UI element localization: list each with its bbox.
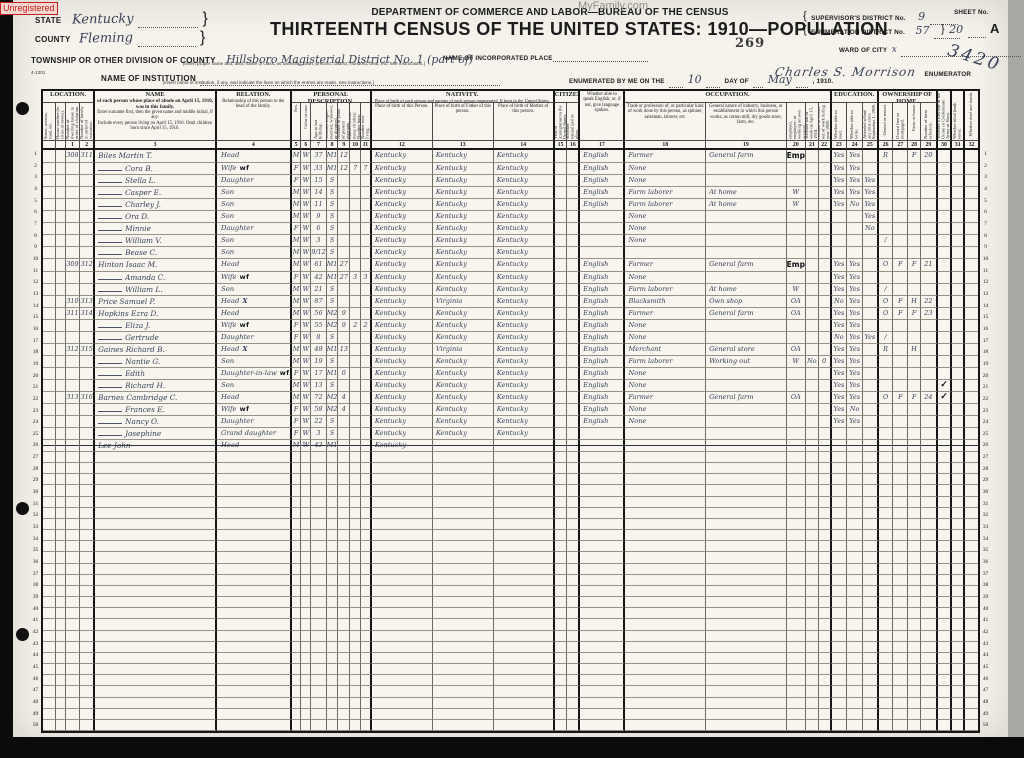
r11-owned [879,272,894,284]
r49-family [80,709,95,720]
r21-birthplace: Kentucky [372,392,433,404]
r8-immigration_year [555,235,568,247]
r9-mother_birthplace: Kentucky [494,247,555,259]
r28-naturalized [567,474,580,485]
r39-children_living [361,597,372,608]
r21-children_born [350,392,361,404]
r5-sex: M [292,199,302,211]
r2-read: Yes [832,163,848,175]
r16-birthplace: Kentucky [372,332,433,344]
r13-civil_war [938,296,953,308]
r28-industry [706,474,787,485]
r10-civil_war [938,259,953,272]
r49-years_married [338,709,350,720]
r17-naturalized [567,344,580,356]
r42-immigration_year [555,631,568,642]
r29-house [56,485,66,496]
r4-house [56,187,66,199]
r47-children_born [350,686,361,697]
r12-immigration_year [555,284,568,296]
r50-father_birthplace [433,720,494,731]
r5-weeks_out [819,199,832,211]
r23-free [893,416,908,428]
r21-weeks_out [819,392,832,404]
r31-name [95,508,217,519]
r36-marital [327,564,339,575]
r44-sex [292,653,302,664]
r27-trade [625,463,706,474]
colnum-relation: 4 [217,141,292,150]
r19-weeks_out [819,368,832,380]
r38-school [863,586,879,597]
r33-school [863,530,879,541]
r21-sex: M [292,392,302,404]
r26-blind [952,452,965,463]
r1-family: 311 [80,150,95,163]
r31-color [301,508,311,519]
header-color: Color or race. [301,103,311,141]
r25-owned [879,440,894,452]
r49-street [43,709,56,720]
colnum-owned: 26 [879,141,894,150]
enumeration-label: ENUMERATION DISTRICT No. [811,29,905,36]
r33-free [893,530,908,541]
r48-family [80,698,95,709]
colnum-mother_birthplace: 14 [494,141,555,150]
r22-birthplace: Kentucky [372,404,433,416]
r38-farm_schedule [921,586,938,597]
r16-civil_war [938,332,953,344]
r46-dwelling [66,675,81,686]
r47-civil_war [938,686,953,697]
r39-out_of_work [806,597,819,608]
r15-free [893,320,908,332]
r39-owned [879,597,894,608]
r34-english [580,541,625,552]
r28-name [95,474,217,485]
header-read: Whether able to read. [832,103,848,141]
r46-children_living [361,675,372,686]
line-no-right-22: 22 [980,395,991,407]
r35-father_birthplace [433,552,494,563]
r28-birthplace [372,474,433,485]
r21-house [56,392,66,404]
r26-house [56,452,66,463]
r35-family [80,552,95,563]
r39-house [56,597,66,608]
r25-civil_war [938,440,953,452]
r32-relation [217,519,292,530]
r28-children_born [350,474,361,485]
r47-age [311,686,326,697]
r19-father_birthplace: Kentucky [433,368,494,380]
r15-family [80,320,95,332]
header-father_birthplace: Place of birth of Father of this person. [433,103,494,141]
r35-blind [952,552,965,563]
r30-name [95,497,217,508]
r12-family [80,284,95,296]
line-no-right-12: 12 [980,278,991,290]
r16-naturalized [567,332,580,344]
r36-deaf [965,564,978,575]
r19-deaf [965,368,978,380]
r17-sex: M [292,344,302,356]
r16-family [80,332,95,344]
r16-age: 8 [311,332,326,344]
r32-industry [706,519,787,530]
r23-marital: S [327,416,339,428]
r38-write [847,586,863,597]
r18-children_living [361,356,372,368]
line-no-left-27: 27 [30,453,41,465]
r45-street [43,664,56,675]
r22-children_living [361,404,372,416]
r17-color: W [301,344,311,356]
r21-father_birthplace: Kentucky [433,392,494,404]
colnum-weeks_out: 22 [819,141,832,150]
r13-mother_birthplace: Kentucky [494,296,555,308]
r13-industry: Own shop [706,296,787,308]
r22-relation: Wifewf [217,404,292,416]
r24-relation: Grand daughter [217,428,292,440]
r6-trade: None [625,211,706,223]
wf-stamp: wf [240,321,250,329]
r13-children_living [361,296,372,308]
r36-free [893,564,908,575]
r8-color: W [301,235,311,247]
r12-years_married [338,284,350,296]
r49-out_of_work [806,709,819,720]
r20-english: English [580,380,625,392]
r38-name [95,586,217,597]
r32-english [580,519,625,530]
r38-street [43,586,56,597]
colnum-trade: 18 [625,141,706,150]
r48-relation [217,698,292,709]
wf-stamp: wf [240,405,250,413]
r33-dwelling [66,530,81,541]
r34-name [95,541,217,552]
r3-free [893,175,908,187]
r22-trade: None [625,404,706,416]
r44-weeks_out [819,653,832,664]
r8-years_married [338,235,350,247]
r13-deaf [965,296,978,308]
r30-street [43,497,56,508]
r32-deaf [965,519,978,530]
r29-birthplace [372,485,433,496]
r19-children_born [350,368,361,380]
colnum-sex: 5 [292,141,302,150]
r1-farm_house: F [908,150,921,163]
r22-family [80,404,95,416]
r37-out_of_work [806,575,819,586]
r43-marital [327,642,339,653]
r6-write [847,211,863,223]
line-no-left-6: 6 [30,208,41,220]
r34-farm_house [908,541,921,552]
r27-relation [217,463,292,474]
line-no-right-29: 29 [980,476,991,488]
r44-read [832,653,848,664]
r31-children_living [361,508,372,519]
r22-street [43,404,56,416]
r39-name [95,597,217,608]
r14-family: 314 [80,308,95,320]
r11-civil_war [938,272,953,284]
r7-read [832,223,848,235]
r27-birthplace [372,463,433,474]
r20-free [893,380,908,392]
r49-relation [217,709,292,720]
r19-free [893,368,908,380]
r27-naturalized [567,463,580,474]
r2-blind [952,163,965,175]
r31-naturalized [567,508,580,519]
r12-naturalized [567,284,580,296]
r1-read: Yes [832,150,848,163]
r9-owned [879,247,894,259]
group-personal: PERSONAL DESCRIPTION. [292,91,372,103]
r48-sex [292,698,302,709]
r10-birthplace: Kentucky [372,259,433,272]
r48-street [43,698,56,709]
r39-immigration_year [555,597,568,608]
r48-industry [706,698,787,709]
r47-school [863,686,879,697]
r34-children_born [350,541,361,552]
header-children_born: Mother of how many children: Number born… [350,103,361,141]
r17-owned: R [879,344,894,356]
r35-english [580,552,625,563]
r49-free [893,709,908,720]
r28-family [80,474,95,485]
r28-employer [787,474,806,485]
r21-mother_birthplace: Kentucky [494,392,555,404]
r20-family [80,380,95,392]
r37-name [95,575,217,586]
r49-mother_birthplace [494,709,555,720]
r13-immigration_year [555,296,568,308]
r15-children_living: 2 [361,320,372,332]
r18-industry: Working out [706,356,787,368]
r9-civil_war [938,247,953,259]
r25-children_born [350,440,361,452]
r41-trade [625,619,706,630]
r40-industry [706,608,787,619]
state-value: Kentucky [72,12,134,28]
header-years_married: Number of years of present marriage. [338,103,350,141]
r19-trade: None [625,368,706,380]
r47-write [847,686,863,697]
r11-sex: F [292,272,302,284]
r43-name [95,642,217,653]
r1-free [893,150,908,163]
scan-edge-left [0,0,13,758]
r48-naturalized [567,698,580,709]
line-no-right-45: 45 [980,663,991,675]
r6-deaf [965,211,978,223]
r16-blind [952,332,965,344]
line-no-left-17: 17 [30,337,41,349]
r7-blind [952,223,965,235]
r29-years_married [338,485,350,496]
r31-dwelling [66,508,81,519]
r25-trade [625,440,706,452]
r42-sex [292,631,302,642]
r2-name: Cora B. [95,163,217,175]
r39-street [43,597,56,608]
r21-name: Barnes Cambridge C. [95,392,217,404]
r42-write [847,631,863,642]
r28-father_birthplace [433,474,494,485]
r28-sex [292,474,302,485]
r28-children_living [361,474,372,485]
r4-owned [879,187,894,199]
r3-employer [787,175,806,187]
r30-years_married [338,497,350,508]
r12-children_living [361,284,372,296]
r45-color [301,664,311,675]
r48-dwelling [66,698,81,709]
r33-read [832,530,848,541]
r49-dwelling [66,709,81,720]
r23-blind [952,416,965,428]
r9-sex: M [292,247,302,259]
r22-employer [787,404,806,416]
r11-children_living: 3 [361,272,372,284]
r7-dwelling [66,223,81,235]
r39-weeks_out [819,597,832,608]
r5-owned [879,199,894,211]
r24-trade [625,428,706,440]
r43-farm_house [908,642,921,653]
r35-weeks_out [819,552,832,563]
r47-street [43,686,56,697]
r20-father_birthplace: Kentucky [433,380,494,392]
r14-weeks_out [819,308,832,320]
line-no-right-30: 30 [980,488,991,500]
r38-deaf [965,586,978,597]
r37-blind [952,575,965,586]
r40-mother_birthplace [494,608,555,619]
r11-years_married: 27 [338,272,350,284]
r42-birthplace [372,631,433,642]
r14-school [863,308,879,320]
r41-relation [217,619,292,630]
r16-weeks_out [819,332,832,344]
r8-read [832,235,848,247]
r33-name [95,530,217,541]
r24-family [80,428,95,440]
colnum-street [43,141,56,150]
r34-sex [292,541,302,552]
r17-farm_house: H [908,344,921,356]
r39-birthplace [372,597,433,608]
r34-relation [217,541,292,552]
r23-deaf [965,416,978,428]
r19-family [80,368,95,380]
r48-free [893,698,908,709]
line-no-left-10: 10 [30,255,41,267]
r9-write [847,247,863,259]
r17-weeks_out [819,344,832,356]
r8-out_of_work [806,235,819,247]
r9-children_born [350,247,361,259]
r35-marital [327,552,339,563]
r39-color [301,597,311,608]
r6-birthplace: Kentucky [372,211,433,223]
r31-mother_birthplace [494,508,555,519]
r16-sex: F [292,332,302,344]
r10-blind [952,259,965,272]
r44-immigration_year [555,653,568,664]
r41-mother_birthplace [494,619,555,630]
r45-children_living [361,664,372,675]
r31-farm_schedule [921,508,938,519]
r17-industry: General store [706,344,787,356]
header-house: House number (in cities or towns). [56,103,66,141]
r21-age: 72 [311,392,326,404]
r46-industry [706,675,787,686]
r15-marital: M2 [327,320,339,332]
header-street: Street, avenue, road, etc. [43,103,56,141]
r27-marital [327,463,339,474]
r1-house [56,150,66,163]
r37-owned [879,575,894,586]
r47-marital [327,686,339,697]
r33-industry [706,530,787,541]
r5-house [56,199,66,211]
r22-out_of_work [806,404,819,416]
r48-english [580,698,625,709]
r10-color: W [301,259,311,272]
r48-name [95,698,217,709]
r39-industry [706,597,787,608]
r14-english: English [580,308,625,320]
r17-years_married: 13 [338,344,350,356]
r33-english [580,530,625,541]
r34-years_married [338,541,350,552]
r26-age [311,452,326,463]
line-no-right-38: 38 [980,581,991,593]
r15-deaf [965,320,978,332]
r15-farm_house [908,320,921,332]
r8-employer [787,235,806,247]
r1-years_married: 12 [338,150,350,163]
r48-marital [327,698,339,709]
r9-name: Bease C. [95,247,217,259]
r44-marital [327,653,339,664]
r5-marital: S [327,199,339,211]
r1-owned: R [879,150,894,163]
r20-mother_birthplace: Kentucky [494,380,555,392]
line-no-left-42: 42 [30,628,41,640]
r34-mother_birthplace [494,541,555,552]
r26-dwelling [66,452,81,463]
r5-trade: Farm laborer [625,199,706,211]
r5-civil_war [938,199,953,211]
r45-out_of_work [806,664,819,675]
r44-out_of_work [806,653,819,664]
r22-naturalized [567,404,580,416]
r23-industry [706,416,787,428]
r6-street [43,211,56,223]
line-no-right-16: 16 [980,325,991,337]
r22-english: English [580,404,625,416]
r15-weeks_out [819,320,832,332]
r37-employer [787,575,806,586]
